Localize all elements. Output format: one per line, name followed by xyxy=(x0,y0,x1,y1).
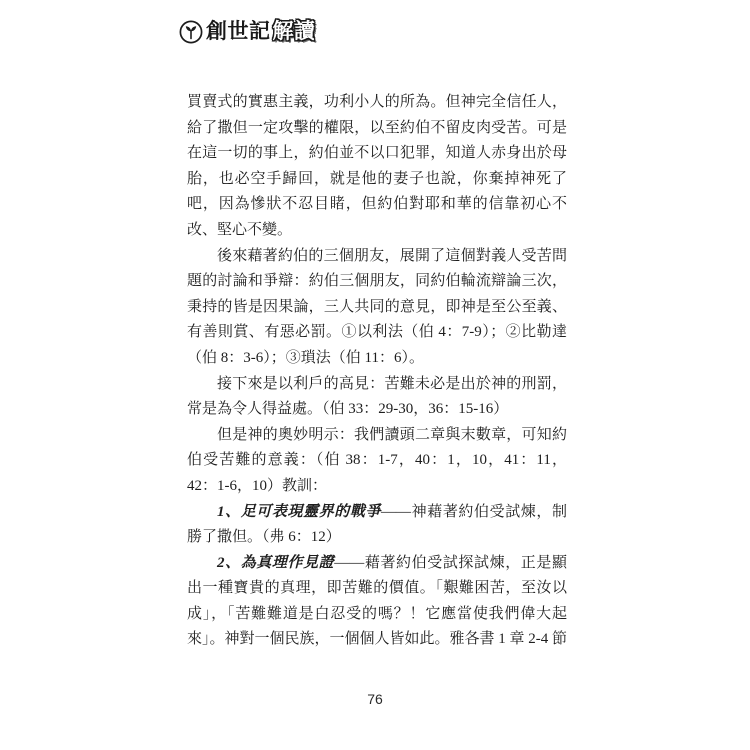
page-text: 買賣式的實惠主義，功利小人的所為。但神完全信任人，給了撒但一定攻擊的權限，以至約… xyxy=(187,90,567,653)
text-run: 接下來是以利戶的高見：苦難未必是出於神的刑罰，常是為令人得益處。（伯 33：29… xyxy=(187,376,567,418)
text-run: 1、足可表現靈界的戰爭 xyxy=(217,504,381,520)
text-run: 買賣式的實惠主義，功利小人的所為。但神完全信任人，給了撒但一定攻擊的權限，以至約… xyxy=(187,94,567,238)
paragraph: 1、足可表現靈界的戰爭——神藉著約伯受試煉，制勝了撒但。（弗 6：12） xyxy=(187,500,567,551)
text-run: 2、為真理作見證 xyxy=(217,555,334,571)
sprout-circle-icon xyxy=(178,19,204,45)
running-header: 創世記 解讀 xyxy=(178,17,316,47)
paragraph: 但是神的奧妙明示：我們讀頭二章與末數章，可知約伯受苦難的意義：（伯 38：1-7… xyxy=(187,423,567,500)
paragraph: 後來藉著約伯的三個朋友，展開了這個對義人受苦問題的討論和爭辯：約伯三個朋友，同約… xyxy=(187,244,567,372)
book-subtitle: 解讀 xyxy=(273,19,316,45)
paragraph: 2、為真理作見證——藉著約伯受試探試煉，正是顯出一種寶貴的真理，即苦難的價值。「… xyxy=(187,551,567,653)
book-title: 創世記 xyxy=(206,19,271,45)
paragraph: 買賣式的實惠主義，功利小人的所為。但神完全信任人，給了撒但一定攻擊的權限，以至約… xyxy=(187,90,567,244)
page-footer: 76 xyxy=(0,691,750,707)
page-number: 76 xyxy=(367,691,383,707)
text-run: 後來藉著約伯的三個朋友，展開了這個對義人受苦問題的討論和爭辯：約伯三個朋友，同約… xyxy=(187,248,567,366)
paragraph: 接下來是以利戶的高見：苦難未必是出於神的刑罰，常是為令人得益處。（伯 33：29… xyxy=(187,372,567,423)
book-page: 創世記 解讀 買賣式的實惠主義，功利小人的所為。但神完全信任人，給了撒但一定攻擊… xyxy=(0,0,750,750)
text-run: 但是神的奧妙明示：我們讀頭二章與末數章，可知約伯受苦難的意義：（伯 38：1-7… xyxy=(187,427,567,494)
